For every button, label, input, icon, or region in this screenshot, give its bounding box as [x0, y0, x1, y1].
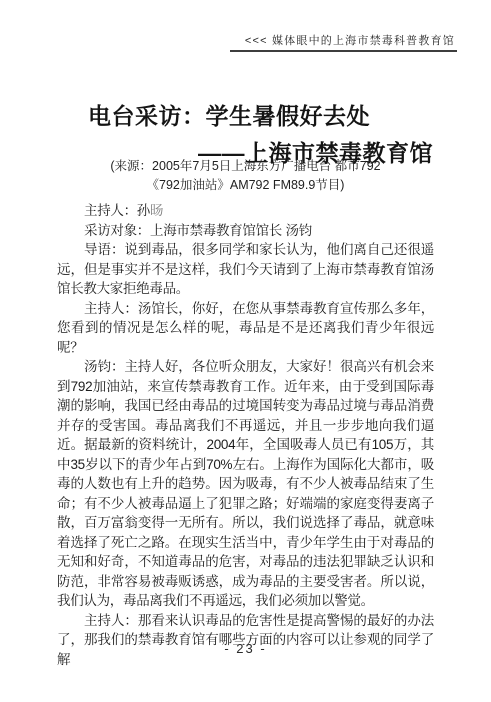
- host-line: 主持人：孙旸: [57, 201, 434, 221]
- article-title-line1: 电台采访：学生暑假好去处: [88, 98, 433, 131]
- host-question-paragraph: 主持人：汤馆长，你好，在您从事禁毒教育宣传那么多年，您看到的情况是怎么样的呢，毒…: [57, 299, 434, 358]
- source-note: (来源：2005年7月5日上海东方广播电台 都市792 《792加油站》AM79…: [57, 157, 434, 195]
- article-body: 主持人：孙旸 采访对象：上海市禁毒教育馆馆长 汤钧 导语：说到毒品，很多同学和家…: [57, 201, 434, 669]
- lead-in-paragraph: 导语：说到毒品，很多同学和家长认为，他们离自己还很遥远，但是事实并不是这样，我们…: [57, 240, 434, 299]
- host-line-prefix: 主持人：孙: [84, 203, 150, 218]
- source-line1: (来源：2005年7月5日上海东方广播电台 都市792: [57, 157, 434, 176]
- host-name-rare-char: 旸: [150, 203, 163, 218]
- source-line2: 《792加油站》AM792 FM89.9节目): [57, 176, 434, 195]
- host-followup-paragraph: 主持人：那看来认识毒品的危害性是提高警惕的最好的办法了，那我们的禁毒教育馆有哪些…: [57, 611, 434, 670]
- interviewee-line: 采访对象：上海市禁毒教育馆馆长 汤钧: [57, 221, 434, 241]
- book-page: <<< 媒体眼中的上海市禁毒科普教育馆 电台采访：学生暑假好去处 ——上海市禁毒…: [0, 0, 491, 702]
- guest-answer-paragraph: 汤钧：主持人好，各位听众朋友，大家好！很高兴有机会来到792加油站，来宣传禁毒教…: [57, 357, 434, 611]
- running-header: <<< 媒体眼中的上海市禁毒科普教育馆: [245, 32, 455, 48]
- page-number: - 23 -: [0, 641, 491, 656]
- header-rule: [230, 50, 457, 52]
